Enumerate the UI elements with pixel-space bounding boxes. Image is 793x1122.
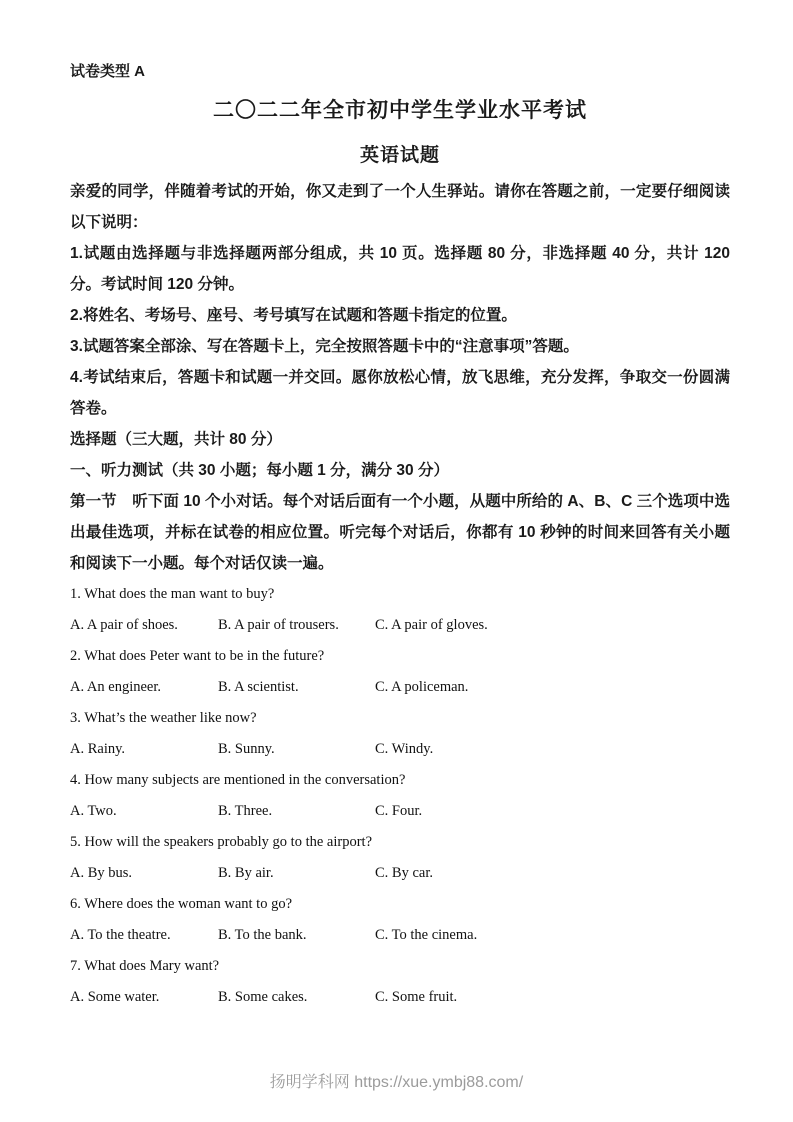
question-text: 6. Where does the woman want to go?	[70, 889, 730, 920]
option-c: C. To the cinema.	[375, 920, 730, 951]
option-c: C. Four.	[375, 796, 730, 827]
question-4: 4. How many subjects are mentioned in th…	[70, 765, 730, 827]
section1-instructions: 第一节 听下面 10 个小对话。每个对话后面有一个小题，从题中所给的 A、B、C…	[70, 486, 730, 579]
question-7: 7. What does Mary want? A. Some water. B…	[70, 951, 730, 1013]
question-options: A. Rainy. B. Sunny. C. Windy.	[70, 734, 730, 765]
question-text: 7. What does Mary want?	[70, 951, 730, 982]
exam-paper-page: 试卷类型 A 二〇二二年全市初中学生学业水平考试 英语试题 亲爱的同学，伴随着考…	[0, 0, 793, 1122]
option-a: A. Two.	[70, 796, 218, 827]
notice-item-1: 1.试题由选择题与非选择题两部分组成，共 10 页。选择题 80 分，非选择题 …	[70, 238, 730, 300]
question-options: A. A pair of shoes. B. A pair of trouser…	[70, 610, 730, 641]
question-options: A. Some water. B. Some cakes. C. Some fr…	[70, 982, 730, 1013]
option-b: B. A pair of trousers.	[218, 610, 375, 641]
option-a: A. A pair of shoes.	[70, 610, 218, 641]
option-b: B. Three.	[218, 796, 375, 827]
option-c: C. By car.	[375, 858, 730, 889]
option-b: B. By air.	[218, 858, 375, 889]
section-heading: 选择题（三大题，共计 80 分）	[70, 424, 730, 455]
notice-item-3: 3.试题答案全部涂、写在答题卡上，完全按照答题卡中的“注意事项”答题。	[70, 331, 730, 362]
option-b: B. A scientist.	[218, 672, 375, 703]
option-b: B. Some cakes.	[218, 982, 375, 1013]
question-text: 2. What does Peter want to be in the fut…	[70, 641, 730, 672]
question-options: A. An engineer. B. A scientist. C. A pol…	[70, 672, 730, 703]
option-c: C. A pair of gloves.	[375, 610, 730, 641]
question-5: 5. How will the speakers probably go to …	[70, 827, 730, 889]
option-a: A. Rainy.	[70, 734, 218, 765]
exam-paper-content: 试卷类型 A 二〇二二年全市初中学生学业水平考试 英语试题 亲爱的同学，伴随着考…	[0, 0, 793, 1013]
exam-title: 二〇二二年全市初中学生学业水平考试	[70, 98, 730, 124]
option-b: B. To the bank.	[218, 920, 375, 951]
option-a: A. By bus.	[70, 858, 218, 889]
paper-type-label: 试卷类型 A	[70, 62, 730, 82]
listening-part-heading: 一、听力测试（共 30 小题；每小题 1 分，满分 30 分）	[70, 455, 730, 486]
question-6: 6. Where does the woman want to go? A. T…	[70, 889, 730, 951]
option-c: C. Windy.	[375, 734, 730, 765]
question-1: 1. What does the man want to buy? A. A p…	[70, 579, 730, 641]
option-c: C. Some fruit.	[375, 982, 730, 1013]
question-options: A. To the theatre. B. To the bank. C. To…	[70, 920, 730, 951]
question-text: 1. What does the man want to buy?	[70, 579, 730, 610]
option-a: A. To the theatre.	[70, 920, 218, 951]
question-text: 3. What’s the weather like now?	[70, 703, 730, 734]
question-text: 4. How many subjects are mentioned in th…	[70, 765, 730, 796]
option-a: A. Some water.	[70, 982, 218, 1013]
exam-subtitle: 英语试题	[70, 144, 730, 168]
question-text: 5. How will the speakers probably go to …	[70, 827, 730, 858]
notice-intro: 亲爱的同学，伴随着考试的开始，你又走到了一个人生驿站。请你在答题之前，一定要仔细…	[70, 176, 730, 238]
option-c: C. A policeman.	[375, 672, 730, 703]
option-a: A. An engineer.	[70, 672, 218, 703]
notice-item-2: 2.将姓名、考场号、座号、考号填写在试题和答题卡指定的位置。	[70, 300, 730, 331]
notice-item-4: 4.考试结束后，答题卡和试题一并交回。愿你放松心情，放飞思维，充分发挥，争取交一…	[70, 362, 730, 424]
question-2: 2. What does Peter want to be in the fut…	[70, 641, 730, 703]
question-options: A. By bus. B. By air. C. By car.	[70, 858, 730, 889]
question-3: 3. What’s the weather like now? A. Rainy…	[70, 703, 730, 765]
option-b: B. Sunny.	[218, 734, 375, 765]
question-options: A. Two. B. Three. C. Four.	[70, 796, 730, 827]
footer-watermark: 扬明学科网 https://xue.ymbj88.com/	[0, 1069, 793, 1092]
